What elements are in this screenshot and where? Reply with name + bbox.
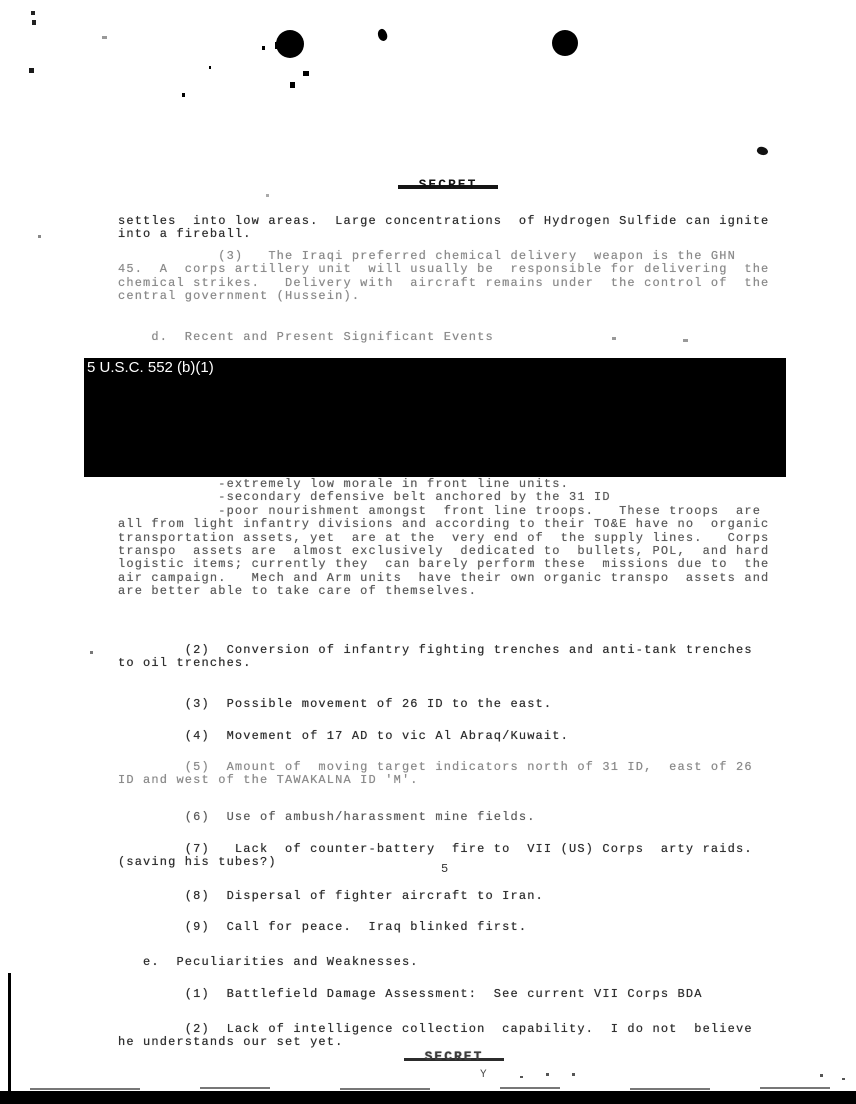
scan-speck (182, 93, 185, 97)
scan-speck (29, 68, 34, 73)
stray-mark-mid-page: 5 (441, 862, 448, 876)
classification-text: SECRET (425, 1049, 484, 1064)
heading-recent-events: d. Recent and Present Significant Events (118, 331, 494, 344)
scan-speck (546, 1073, 549, 1076)
scan-speck (683, 339, 688, 342)
scan-speck (376, 28, 390, 43)
scan-edge-dash (200, 1087, 270, 1089)
para-3-movement-26id: (3) Possible movement of 26 ID to the ea… (118, 698, 552, 711)
document-page: SECRET settles into low areas. Large con… (0, 0, 856, 1104)
scan-edge-dash (760, 1087, 830, 1089)
para-5-target-indicators: (5) Amount of moving target indicators n… (118, 761, 753, 788)
scan-speck (31, 11, 35, 15)
scan-speck (275, 42, 279, 49)
para-8-aircraft-iran: (8) Dispersal of fighter aircraft to Ira… (118, 890, 544, 903)
scan-speck (38, 235, 41, 238)
para-e1-bda: (1) Battlefield Damage Assessment: See c… (118, 988, 703, 1001)
stray-mark-bottom: Y (480, 1069, 487, 1081)
classification-stamp-bottom: SECRET (404, 1049, 504, 1064)
scan-speck (303, 71, 309, 76)
scan-speck (520, 1076, 523, 1078)
para-4-movement-17ad: (4) Movement of 17 AD to vic Al Abraq/Ku… (118, 730, 569, 743)
scan-speck (290, 82, 295, 88)
para-6-mine-fields: (6) Use of ambush/harassment mine fields… (118, 811, 536, 824)
scan-speck (572, 1073, 575, 1076)
para-7-counter-battery: (7) Lack of counter-battery fire to VII … (118, 843, 753, 870)
redaction-exemption-label: 5 U.S.C. 552 (b)(1) (84, 358, 786, 376)
para-2-trenches: (2) Conversion of infantry fighting tren… (118, 644, 753, 671)
hole-punch-right (552, 30, 578, 56)
scan-speck (612, 337, 616, 340)
scan-edge-dash (500, 1087, 560, 1089)
scan-edge-vertical-line (8, 973, 11, 1091)
para-9-call-for-peace: (9) Call for peace. Iraq blinked first. (118, 921, 527, 934)
classification-stamp-top: SECRET (398, 177, 498, 192)
scan-speck (262, 46, 265, 50)
scan-edge-bottom-band (0, 1091, 856, 1104)
scan-edge-dash (340, 1088, 430, 1090)
hole-punch-left (276, 30, 304, 58)
scan-speck (102, 36, 107, 39)
scan-speck (842, 1078, 845, 1080)
scan-edge-dash (30, 1088, 140, 1090)
scan-edge-dash (630, 1088, 710, 1090)
para-e2-intel-collection: (2) Lack of intelligence collection capa… (118, 1023, 753, 1050)
scan-speck (32, 20, 36, 25)
heading-peculiarities: e. Peculiarities and Weaknesses. (118, 956, 419, 969)
scan-speck (209, 66, 211, 69)
scan-speck (756, 145, 769, 157)
scan-speck (266, 194, 269, 197)
scan-speck (820, 1074, 823, 1077)
para-chemical-delivery: (3) The Iraqi preferred chemical deliver… (118, 250, 769, 304)
para-intro: settles into low areas. Large concentrat… (118, 215, 769, 242)
scan-speck (90, 651, 93, 654)
classification-text: SECRET (419, 177, 478, 192)
para-weaknesses-list: -extremely low morale in front line unit… (118, 478, 769, 599)
redaction-block: 5 U.S.C. 552 (b)(1) (84, 358, 786, 477)
